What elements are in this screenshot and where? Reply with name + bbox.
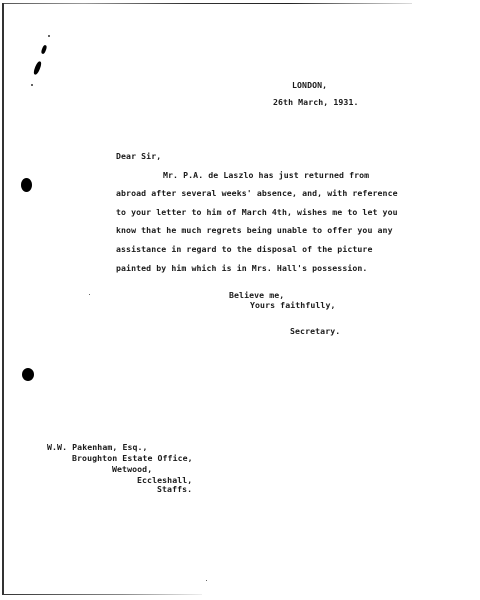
scan-edge-top (2, 3, 412, 4)
ink-smudge-mark (33, 61, 43, 76)
body-line: assistance in regard to the disposal of … (116, 244, 373, 254)
letter-closing: Believe me, (229, 290, 284, 300)
body-line: know that he much regrets being unable t… (116, 225, 393, 235)
letter-salutation: Dear Sir, (116, 151, 161, 161)
punch-hole-bottom (22, 368, 34, 381)
letter-signature: Secretary. (290, 326, 340, 336)
body-line: painted by him which is in Mrs. Hall's p… (116, 263, 367, 273)
letter-place: LONDON, (292, 80, 327, 90)
ink-speck-mark (48, 35, 50, 37)
address-line: Broughton Estate Office, (72, 453, 193, 463)
address-line: W.W. Pakenham, Esq., (47, 442, 148, 452)
letter-date: 26th March, 1931. (273, 97, 359, 107)
punch-hole-top (21, 178, 32, 192)
ink-speck-mark (206, 580, 207, 581)
address-line: Staffs. (157, 484, 192, 494)
body-line: Mr. P.A. de Laszlo has just returned fro… (163, 170, 369, 180)
body-line: abroad after several weeks' absence, and… (116, 188, 398, 198)
ink-speck-mark (31, 84, 33, 86)
address-line: Wetwood, (112, 464, 152, 474)
ink-speck-mark (89, 294, 90, 295)
scan-edge-bottom (2, 594, 202, 595)
letter-closing: Yours faithfully, (250, 300, 336, 310)
letter-page: LONDON, 26th March, 1931. Dear Sir, Mr. … (0, 0, 480, 600)
ink-smudge-mark (41, 45, 48, 55)
scan-edge-left (2, 3, 4, 595)
body-line: to your letter to him of March 4th, wish… (116, 207, 398, 217)
